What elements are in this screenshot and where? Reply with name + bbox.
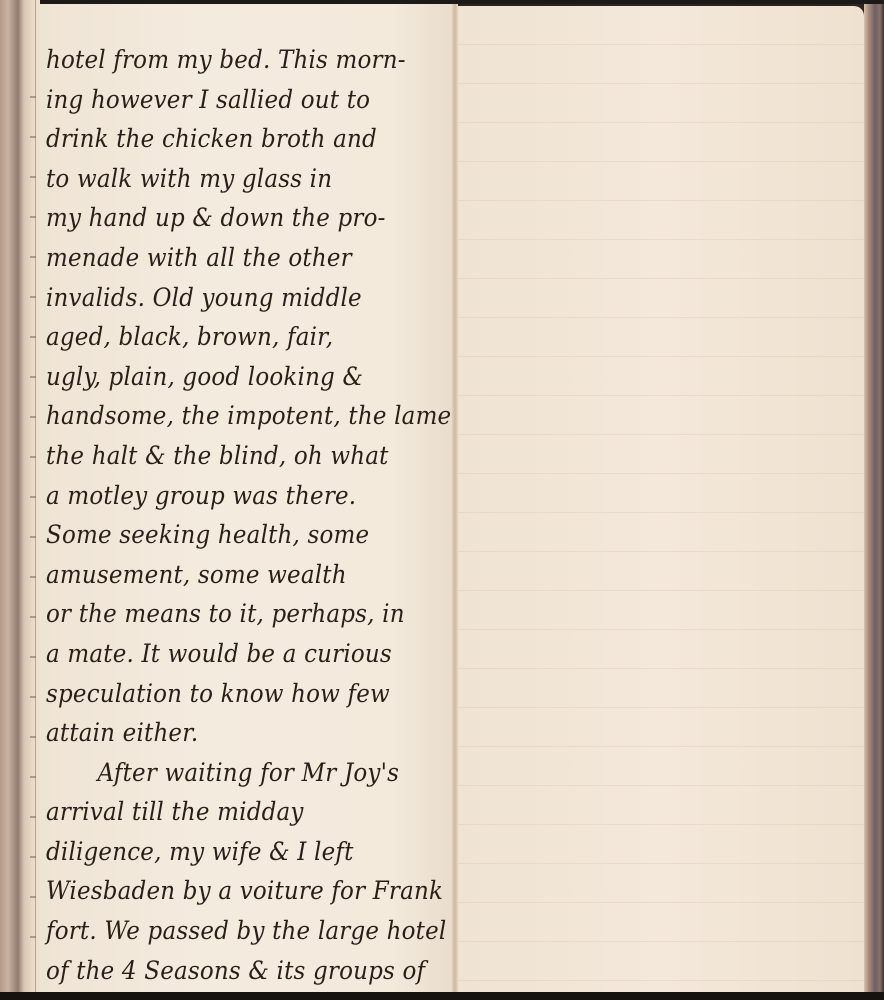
journal-spread: hotel from my bed. This morn- ing howeve…: [0, 0, 884, 1000]
manuscript-line: aged, black, brown, fair,: [46, 317, 423, 357]
manuscript-line: a mate. It would be a curious: [46, 634, 423, 674]
manuscript-line: speculation to know how few: [46, 674, 423, 714]
manuscript-line: drink the chicken broth and: [46, 119, 423, 159]
manuscript-line: amusement, some wealth: [46, 555, 423, 595]
bottom-shadow: [0, 992, 884, 1000]
manuscript-line: hotel from my bed. This morn-: [46, 40, 423, 80]
manuscript-line: Wiesbaden by a voiture for Frank: [46, 871, 423, 911]
manuscript-line: of the 4 Seasons & its groups of: [46, 951, 423, 991]
manuscript-line: my hand up & down the pro-: [46, 198, 423, 238]
manuscript-line: handsome, the impotent, the lame: [46, 396, 423, 436]
manuscript-line: attain either.: [46, 713, 423, 753]
manuscript-line: a motley group was there.: [46, 476, 423, 516]
manuscript-line: diligence, my wife & I left: [46, 832, 423, 872]
manuscript-line: arrival till the midday: [46, 792, 423, 832]
manuscript-line: or the means to it, perhaps, in: [46, 594, 423, 634]
manuscript-line: the halt & the blind, oh what: [46, 436, 423, 476]
binding-stitch-marks: [30, 60, 36, 960]
manuscript-line: Some seeking health, some: [46, 515, 423, 555]
manuscript-text: hotel from my bed. This morn- ing howeve…: [46, 40, 456, 990]
manuscript-line: ing however I sallied out to: [46, 80, 423, 120]
right-page-edges: [864, 4, 884, 994]
manuscript-line: invalids. Old young middle: [46, 278, 423, 318]
manuscript-line: menade with all the other: [46, 238, 423, 278]
manuscript-line: to walk with my glass in: [46, 159, 423, 199]
manuscript-line: ugly, plain, good looking &: [46, 357, 423, 397]
manuscript-line: fort. We passed by the large hotel: [46, 911, 423, 951]
right-page-blank-ruled: [458, 6, 864, 992]
manuscript-line-paragraph-start: After waiting for Mr Joy's: [46, 753, 423, 793]
